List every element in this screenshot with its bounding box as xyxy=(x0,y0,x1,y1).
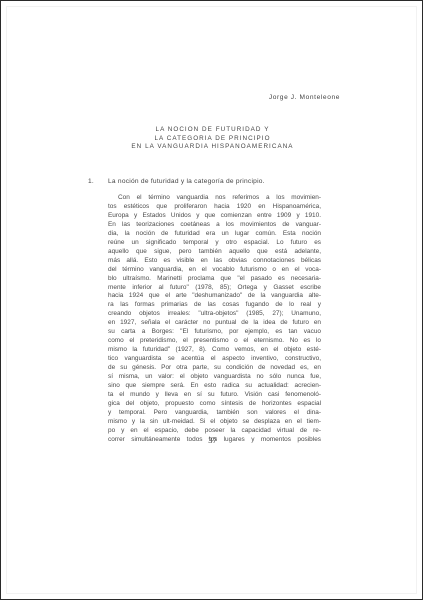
body-line: Con el término vanguardia nos referimos … xyxy=(108,194,321,203)
body-line: creando objetos irreales: "ultra-objetos… xyxy=(108,310,321,319)
body-line: su carta a Borges: "El futurismo, por ej… xyxy=(108,328,321,337)
body-line: tos estéticos que proliferaron hacia 192… xyxy=(108,203,321,212)
title-line-1: LA NOCION DE FUTURIDAD Y xyxy=(1,126,423,135)
body-line: y temporal. Pero vanguardia, también son… xyxy=(108,409,321,418)
body-line: en 1927, señala el carácter no puntual d… xyxy=(108,319,321,328)
body-line: ra las formas primarias de las cosas fug… xyxy=(108,301,321,310)
author-name: Jorge J. Monteleone xyxy=(1,94,340,101)
body-line: como el preteridismo, el presentismo o e… xyxy=(108,337,321,346)
page-frame: Jorge J. Monteleone LA NOCION DE FUTURID… xyxy=(0,0,423,600)
body-paragraph: Con el término vanguardia nos referimos … xyxy=(108,194,321,445)
title-line-3: EN LA VANGUARDIA HISPANOAMERICANA xyxy=(1,143,423,152)
section-number: 1. xyxy=(88,178,108,185)
body-line: de su génesis. Por otra parte, su condic… xyxy=(108,364,321,373)
body-line: reúne un significado temporal y otro esp… xyxy=(108,239,321,248)
body-line: ta el mundo y lleva en sí su futuro. Vis… xyxy=(108,391,321,400)
body-line: mismo y la sin ult-meidad. Si el objeto … xyxy=(108,418,321,427)
article-title: LA NOCION DE FUTURIDAD Y LA CATEGORIA DE… xyxy=(1,126,423,152)
page-number: 37 xyxy=(1,435,423,445)
body-line: dia, la noción de futuridad era un lugar… xyxy=(108,230,321,239)
body-line: hacia 1924 que el arte "deshumanizado" d… xyxy=(108,292,321,301)
body-line: tico vanguardista se acentúa el aspecto … xyxy=(108,355,321,364)
body-line: aquello que sigue, pero también aquello … xyxy=(108,248,321,257)
body-line: mismo la futuridad" (1927, 8). Como vemo… xyxy=(108,346,321,355)
body-line: sí misma, un valor: el objeto vanguardis… xyxy=(108,373,321,382)
body-line: sino que siempre será. En esto radica su… xyxy=(108,382,321,391)
body-line: mente inferior al futuro" (1978, 85); Or… xyxy=(108,284,321,293)
body-line: del término vanguardia, en el vocablo fu… xyxy=(108,266,321,275)
section-heading: 1.La noción de futuridad y la categoría … xyxy=(88,178,265,185)
body-line: blo ultraísmo. Marinetti proclama que "e… xyxy=(108,275,321,284)
title-line-2: LA CATEGORIA DE PRINCIPIO xyxy=(1,135,423,144)
body-line: En las teorizaciones coetáneas a los mov… xyxy=(108,221,321,230)
section-title: La noción de futuridad y la categoría de… xyxy=(108,178,265,185)
body-line: gica del objeto, propuesto como síntesis… xyxy=(108,400,321,409)
body-line: más allá. Esto es visible en las obvias … xyxy=(108,257,321,266)
body-line: Europa y Estados Unidos y que comienzan … xyxy=(108,212,321,221)
